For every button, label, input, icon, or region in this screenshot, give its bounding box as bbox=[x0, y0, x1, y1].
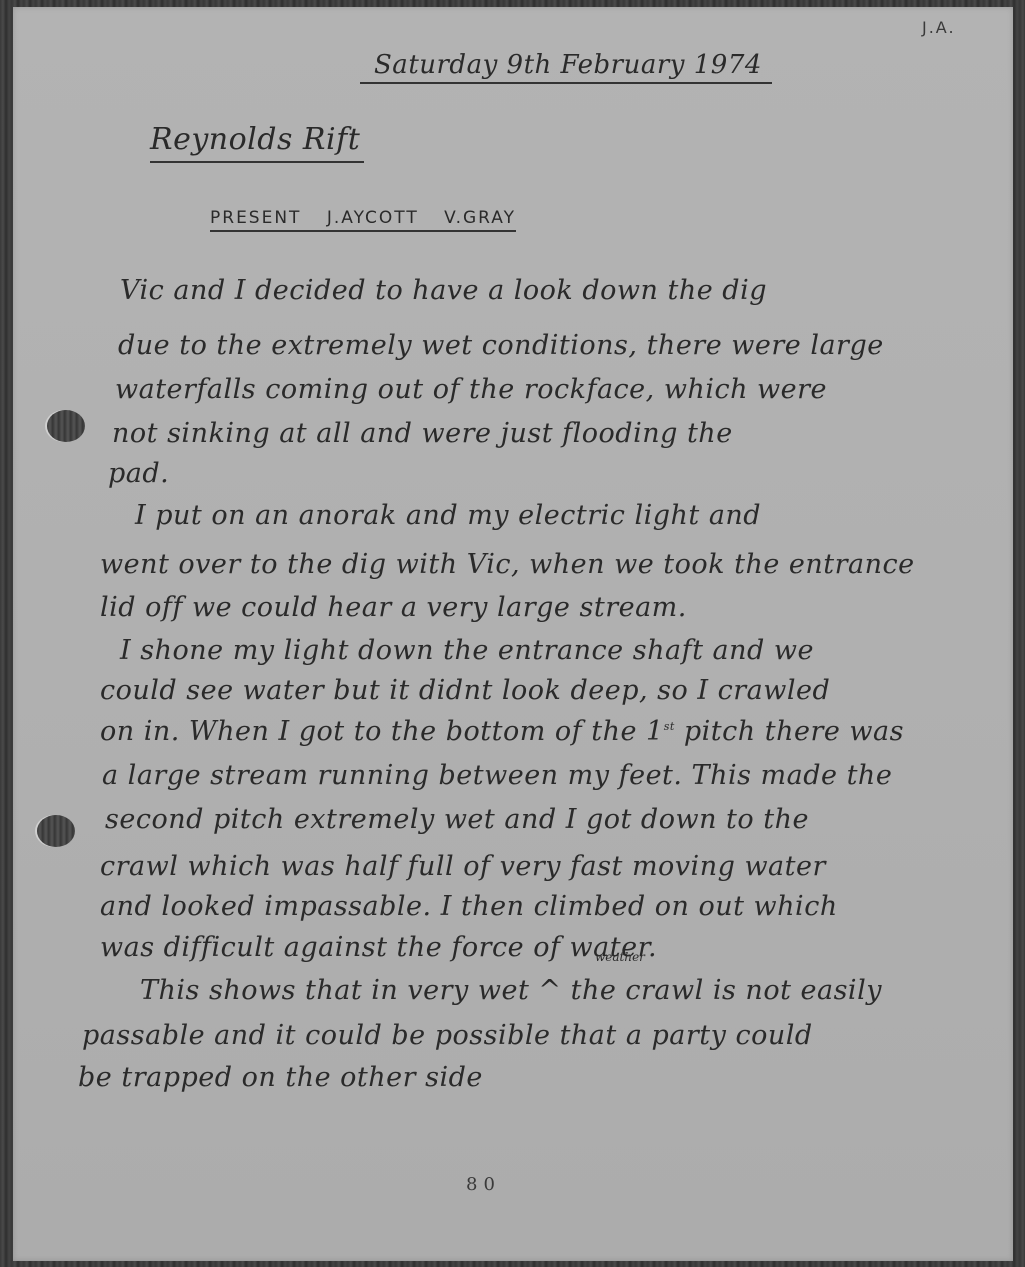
body-line: a large stream running between my feet. … bbox=[102, 760, 892, 791]
body-line: Vic and I decided to have a look down th… bbox=[120, 275, 767, 306]
body-line: and looked impassable. I then climbed on… bbox=[100, 891, 838, 922]
body-line: went over to the dig with Vic, when we t… bbox=[100, 549, 915, 580]
body-line: due to the extremely wet conditions, the… bbox=[118, 330, 884, 361]
present-person: V.GRAY bbox=[444, 208, 516, 228]
punch-hole bbox=[37, 815, 75, 847]
body-line: not sinking at all and were just floodin… bbox=[112, 418, 733, 449]
body-line: I put on an anorak and my electric light… bbox=[135, 500, 761, 531]
body-line: crawl which was half full of very fast m… bbox=[100, 851, 826, 882]
body-line: waterfalls coming out of the rockface, w… bbox=[115, 374, 827, 405]
present-label: PRESENT bbox=[210, 208, 301, 228]
entry-date: Saturday 9th February 1974 bbox=[360, 50, 772, 84]
body-line: This shows that in very wet ^ the crawl … bbox=[140, 975, 882, 1006]
author-initials: J.A. bbox=[922, 18, 956, 37]
present-line: PRESENT J.AYCOTT V.GRAY bbox=[210, 208, 516, 232]
caret-insertion: weather bbox=[595, 950, 645, 964]
body-line: passable and it could be possible that a… bbox=[82, 1020, 813, 1051]
body-line: second pitch extremely wet and I got dow… bbox=[105, 804, 809, 835]
present-person: J.AYCOTT bbox=[327, 208, 419, 228]
body-line: lid off we could hear a very large strea… bbox=[100, 592, 687, 623]
body-line: be trapped on the other side bbox=[78, 1062, 483, 1093]
body-line: I shone my light down the entrance shaft… bbox=[120, 635, 814, 666]
body-line: on in. When I got to the bottom of the 1… bbox=[100, 716, 904, 747]
cave-name-heading: Reynolds Rift bbox=[150, 122, 364, 163]
body-line: could see water but it didnt look deep, … bbox=[100, 675, 830, 706]
punch-hole bbox=[47, 410, 85, 442]
page-number: 80 bbox=[466, 1174, 501, 1195]
body-line: pad. bbox=[108, 458, 169, 489]
body-line: was difficult against the force of water… bbox=[100, 932, 657, 963]
